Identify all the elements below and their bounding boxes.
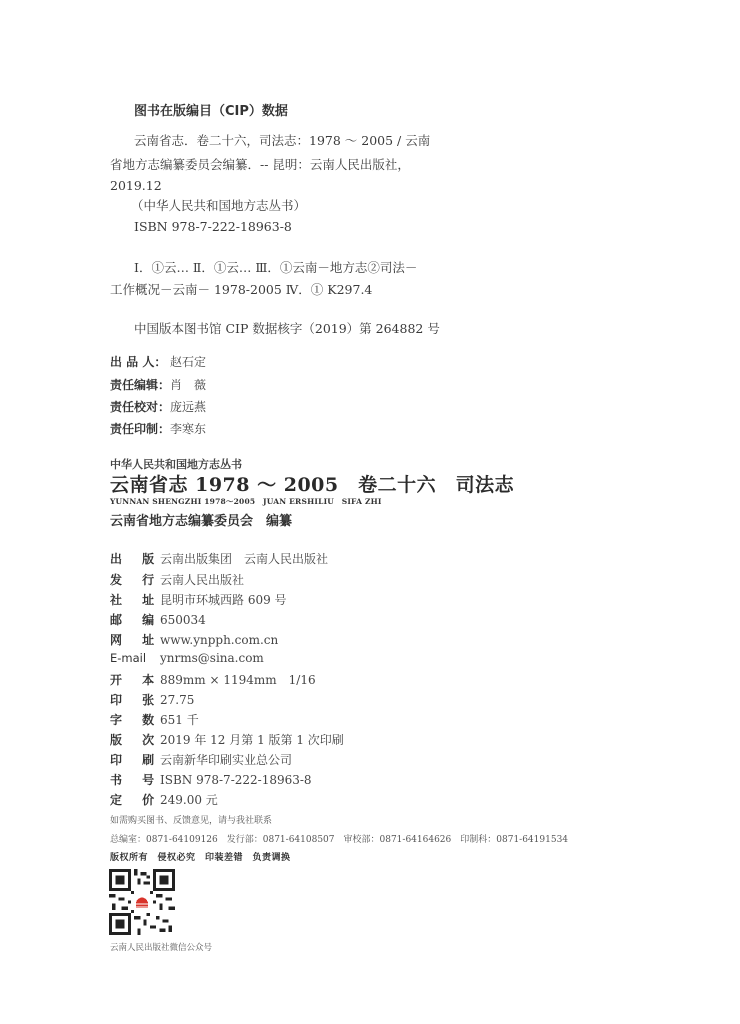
credit-label: 责任编辑： [110,376,170,393]
pub-row-format: 开 本889mm × 1194mm 1/16 [110,671,316,688]
pub-label: 社 址 [110,591,160,608]
pub-row-email: E-mailynrms@sina.com [110,651,264,666]
pub-value: ISBN 978-7-222-18963-8 [160,773,312,787]
pub-row-postcode: 邮 编650034 [110,611,206,628]
book-title: 云南省志 1978 ～ 2005 卷二十六 司法志 [110,470,514,497]
pub-row-website: 网 址www.ynpph.com.cn [110,631,278,648]
credit-value: 李寒东 [170,422,206,436]
contact-intro: 如需购买图书、反馈意见，请与我社联系 [110,813,272,826]
pub-value: 27.75 [160,693,194,707]
pub-value: 云南出版集团 云南人民出版社 [160,552,328,566]
credit-label: 责任印制： [110,420,170,437]
credit-row: 责任印制：李寒东 [110,420,206,437]
qr-code-icon [108,869,176,935]
pub-row-sheets: 印 张27.75 [110,691,194,708]
cip-line: 省地方志编纂委员会编纂．-- 昆明：云南人民出版社， [110,155,410,173]
pub-label: 书 号 [110,771,160,788]
cip-title: 图书在版编目（CIP）数据 [134,100,288,119]
pub-label: 印 刷 [110,751,160,768]
pub-label: 定 价 [110,791,160,808]
pub-label: 印 张 [110,691,160,708]
pub-label: 网 址 [110,631,160,648]
pub-label: 版 次 [110,731,160,748]
pub-email[interactable]: ynrms@sina.com [160,651,264,665]
pub-label: 开 本 [110,671,160,688]
cip-number: 中国版本图书馆 CIP 数据核字（2019）第 264882 号 [134,319,440,337]
pub-label: 发 行 [110,571,160,588]
pub-label: 字 数 [110,711,160,728]
pub-value: 2019 年 12 月第 1 版第 1 次印刷 [160,733,344,747]
pub-label: 出 版 [110,550,160,567]
cip-isbn: ISBN 978-7-222-18963-8 [134,219,292,234]
pub-row-publisher: 出 版云南出版集团 云南人民出版社 [110,550,328,567]
book-title-pinyin: YUNNAN SHENGZHI 1978～2005 JUAN ERSHILIU … [110,496,382,507]
wechat-qr-code[interactable] [108,869,176,935]
credit-row: 出 品 人：赵石定 [110,353,206,370]
pub-row-price: 定 价249.00 元 [110,791,218,808]
pub-value: 云南新华印刷实业总公司 [160,753,292,767]
pub-value: 889mm × 1194mm 1/16 [160,673,316,687]
pub-value: 249.00 元 [160,793,218,807]
pub-value: 昆明市环城西路 609 号 [160,593,287,607]
cip-line: 2019.12 [110,178,162,193]
pub-row-isbn: 书 号ISBN 978-7-222-18963-8 [110,771,312,788]
pub-value: 云南人民出版社 [160,573,244,587]
credit-label: 责任校对： [110,398,170,415]
credit-value: 赵石定 [170,355,206,369]
cip-classification: 工作概况－云南－ 1978-2005 Ⅳ．① K297.4 [110,280,372,298]
cip-line: 云南省志．卷二十六，司法志：1978 ～ 2005 / 云南 [134,131,430,149]
pub-label: 邮 编 [110,611,160,628]
compiler: 云南省地方志编纂委员会 编纂 [110,510,292,529]
pub-row-printer: 印 刷云南新华印刷实业总公司 [110,751,292,768]
cip-line: （中华人民共和国地方志丛书） [131,196,306,214]
pub-row-wordcount: 字 数651 千 [110,711,199,728]
rights-notice: 版权所有 侵权必究 印装差错 负责调换 [110,850,291,863]
pub-row-distributor: 发 行云南人民出版社 [110,571,244,588]
pub-value: 651 千 [160,713,199,727]
pub-row-edition: 版 次2019 年 12 月第 1 版第 1 次印刷 [110,731,344,748]
credit-value: 肖 薇 [170,378,206,392]
credit-row: 责任编辑：肖 薇 [110,376,206,393]
credit-row: 责任校对：庞远燕 [110,398,206,415]
cip-classification: Ⅰ．①云… Ⅱ．①云… Ⅲ．①云南－地方志②司法－ [134,258,417,276]
credit-value: 庞远燕 [170,400,206,414]
pub-label: E-mail [110,651,160,665]
pub-row-address: 社 址昆明市环城西路 609 号 [110,591,287,608]
pub-value: 650034 [160,613,206,627]
pub-website[interactable]: www.ynpph.com.cn [160,633,278,647]
qr-caption: 云南人民出版社微信公众号 [110,941,212,953]
contact-phones: 总编室：0871-64109126 发行部：0871-64108507 审校部：… [110,832,568,845]
credit-label: 出 品 人： [110,353,170,370]
